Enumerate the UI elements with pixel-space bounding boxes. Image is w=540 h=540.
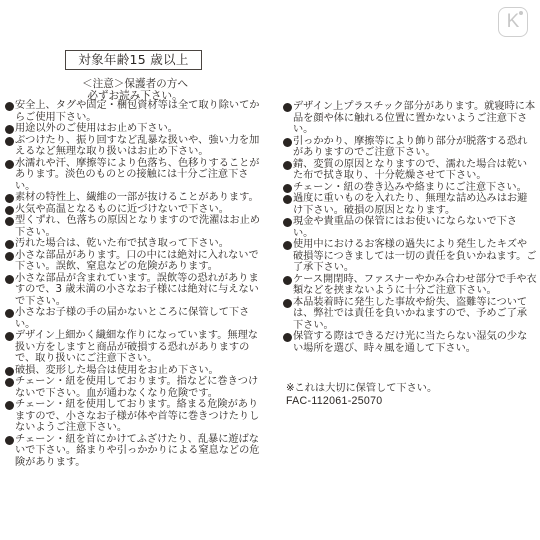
warning-item: 本品装着時に発生した事故や紛失、盗難等については、弊社では責任を負いかねますので… — [283, 297, 537, 332]
warning-text: 型くずれ、色落ちの原因となりますので洗濯はお止め下さい。 — [15, 215, 260, 238]
caution-line-1: ＜注意＞保護者の方へ — [40, 78, 230, 90]
warning-text: デザイン上細かく繊細な作りになっています。無理な扱い方をしますと商品が破損する恐… — [15, 330, 258, 364]
warning-item: デザイン上プラスチック部分があります。就寝時に本品を顔や体に触れる位置に置かない… — [283, 101, 537, 136]
bullet-icon — [283, 184, 292, 193]
warning-item: 破損、変形した場合は使用をお止め下さい。 — [5, 365, 267, 377]
warning-item: チェーン・紐の巻き込みや絡まりにご注意下さい。 — [283, 182, 537, 194]
bullet-icon — [5, 436, 14, 445]
warning-text: ケース開閉時、ファスナーやかみ合わせ部分で手や衣類などを挟まないように十分ご注意… — [293, 274, 537, 297]
warning-item: 引っかかり、摩擦等により飾り部分が脱落する恐れがありますのでご注意下さい。 — [283, 136, 537, 159]
warning-item: 型くずれ、色落ちの原因となりますので洗濯はお止め下さい。 — [5, 215, 267, 238]
bullet-icon — [5, 275, 14, 284]
warning-text: チェーン・紐を使用しております。指などに巻きつけないで下さい。血が通わなくなり危… — [15, 376, 258, 399]
warning-text: 火気や高温となるものに近づけないで下さい。 — [15, 204, 229, 215]
caution-heading: ＜注意＞保護者の方へ 必ずお読み下さい。 — [40, 78, 230, 102]
warning-text: 破損、変形した場合は使用をお止め下さい。 — [15, 365, 219, 376]
warning-item: 素材の特性上、繊維の一部が抜けることがあります。 — [5, 192, 267, 204]
warning-item: ぶつけたり、振り回すなど乱暴な扱いや、強い力を加えるなど無理な取り扱いはお止め下… — [5, 135, 267, 158]
warning-item: 錆、変質の原因となりますので、濡れた場合は乾いた布で拭き取り、十分乾燥させて下さ… — [283, 159, 537, 182]
bullet-icon — [283, 161, 292, 170]
warning-text: 現金や貴重品の保管にはお使いにならないで下さい。 — [293, 216, 517, 239]
bullet-icon — [283, 195, 292, 204]
warning-text: 用途以外のご使用はお止め下さい。 — [15, 123, 178, 134]
bullet-icon — [5, 217, 14, 226]
bullet-icon — [5, 137, 14, 146]
bullet-icon — [5, 378, 14, 387]
bullet-icon — [5, 367, 14, 376]
warning-item: チェーン・紐を使用しております。指などに巻きつけないで下さい。血が通わなくなり危… — [5, 376, 267, 399]
bullet-icon — [5, 332, 14, 341]
warning-text: 安全上、タグや固定・梱包資材等は全て取り除いてからご使用下さい。 — [15, 100, 260, 123]
bullet-icon — [5, 125, 14, 134]
bullet-icon — [5, 309, 14, 318]
bullet-icon — [283, 299, 292, 308]
bullet-icon — [5, 252, 14, 261]
left-warning-list: 安全上、タグや固定・梱包資材等は全て取り除いてからご使用下さい。用途以外のご使用… — [5, 100, 267, 468]
warning-text: 小さな部品が含まれています。誤飲等の恐れがありますので、3 歳未満の小さなお子様… — [15, 273, 259, 307]
warning-item: 過度に重いものを入れたり、無理な詰め込みはお避け下さい。破損の原因となります。 — [283, 193, 537, 216]
warning-item: チェーン・紐を首にかけてふざけたり、乱暴に遊ばないで下さい。絡まりや引っかかりに… — [5, 434, 267, 469]
warning-text: デザイン上プラスチック部分があります。就寝時に本品を顔や体に触れる位置に置かない… — [293, 101, 535, 135]
warning-item: 現金や貴重品の保管にはお使いにならないで下さい。 — [283, 216, 537, 239]
warning-text: 小さなお子様の手の届かないところに保管して下さい。 — [15, 307, 249, 330]
bullet-icon — [283, 241, 292, 250]
right-warning-list: デザイン上プラスチック部分があります。就寝時に本品を顔や体に触れる位置に置かない… — [283, 101, 537, 354]
bullet-icon — [283, 138, 292, 147]
brand-logo-icon: K — [498, 7, 528, 37]
warning-text: 過度に重いものを入れたり、無理な詰め込みはお避け下さい。破損の原因となります。 — [293, 193, 527, 216]
warning-text: 素材の特性上、繊維の一部が抜けることがあります。 — [15, 192, 259, 203]
bullet-icon — [5, 206, 14, 215]
keep-note: ※これは大切に保管して下さい。 — [286, 383, 437, 395]
warning-item: 火気や高温となるものに近づけないで下さい。 — [5, 204, 267, 216]
bullet-icon — [5, 240, 14, 249]
warning-text: 使用中におけるお客様の過失により発生したキズや破損等につきましては一切の責任を負… — [293, 239, 536, 273]
warning-text: 本品装着時に発生した事故や紛失、盗難等については、弊社では責任を負いかねますので… — [293, 297, 527, 331]
warning-item: 小さな部品があります。口の中には絶対に入れないで下さい。誤飲、窒息などの危険があ… — [5, 250, 267, 273]
warning-text: チェーン・紐を使用しております。絡まる危険がありますので、小さなお子様が体や首等… — [15, 399, 259, 433]
warning-item: 小さなお子様の手の届かないところに保管して下さい。 — [5, 307, 267, 330]
warning-text: 水濡れや汗、摩擦等により色落ち、色移りすることがあります。淡色のものとの接触には… — [15, 158, 260, 192]
warning-text: 小さな部品があります。口の中には絶対に入れないで下さい。誤飲、窒息などの危険があ… — [15, 250, 259, 273]
warning-item: 保管する際はできるだけ光に当たらない湿気の少ない場所を選び、時々風を通して下さい… — [283, 331, 537, 354]
bullet-icon — [283, 276, 292, 285]
warning-text: チェーン・紐の巻き込みや絡まりにご注意下さい。 — [293, 182, 527, 193]
warning-item: 小さな部品が含まれています。誤飲等の恐れがありますので、3 歳未満の小さなお子様… — [5, 273, 267, 308]
warning-text: チェーン・紐を首にかけてふざけたり、乱暴に遊ばないで下さい。絡まりや引っかかりに… — [15, 434, 260, 468]
target-age-label: 対象年齢15 歳以上 — [65, 50, 202, 70]
warning-item: 安全上、タグや固定・梱包資材等は全て取り除いてからご使用下さい。 — [5, 100, 267, 123]
warning-text: 保管する際はできるだけ光に当たらない湿気の少ない場所を選び、時々風を通して下さい… — [293, 331, 527, 354]
bullet-icon — [5, 160, 14, 169]
warning-text: ぶつけたり、振り回すなど乱暴な扱いや、強い力を加えるなど無理な取り扱いはお止め下… — [15, 135, 259, 158]
warning-text: 引っかかり、摩擦等により飾り部分が脱落する恐れがありますのでご注意下さい。 — [293, 136, 527, 159]
warning-item: 水濡れや汗、摩擦等により色落ち、色移りすることがあります。淡色のものとの接触には… — [5, 158, 267, 193]
warning-item: 汚れた場合は、乾いた布で拭き取って下さい。 — [5, 238, 267, 250]
logo-dot — [519, 11, 523, 15]
warning-text: 汚れた場合は、乾いた布で拭き取って下さい。 — [15, 238, 229, 249]
bullet-icon — [5, 401, 14, 410]
warning-item: チェーン・紐を使用しております。絡まる危険がありますので、小さなお子様が体や首等… — [5, 399, 267, 434]
logo-letter: K — [507, 11, 520, 32]
warning-text: 錆、変質の原因となりますので、濡れた場合は乾いた布で拭き取り、十分乾燥させて下さ… — [293, 159, 527, 182]
bullet-icon — [283, 218, 292, 227]
bullet-icon — [5, 194, 14, 203]
warning-item: ケース開閉時、ファスナーやかみ合わせ部分で手や衣類などを挟まないように十分ご注意… — [283, 274, 537, 297]
bullet-icon — [283, 103, 292, 112]
bullet-icon — [283, 333, 292, 342]
warning-item: 用途以外のご使用はお止め下さい。 — [5, 123, 267, 135]
warning-item: デザイン上細かく繊細な作りになっています。無理な扱い方をしますと商品が破損する恐… — [5, 330, 267, 365]
bullet-icon — [5, 102, 14, 111]
warning-item: 使用中におけるお客様の過失により発生したキズや破損等につきましては一切の責任を負… — [283, 239, 537, 274]
product-code: FAC-112061-25070 — [286, 395, 382, 407]
